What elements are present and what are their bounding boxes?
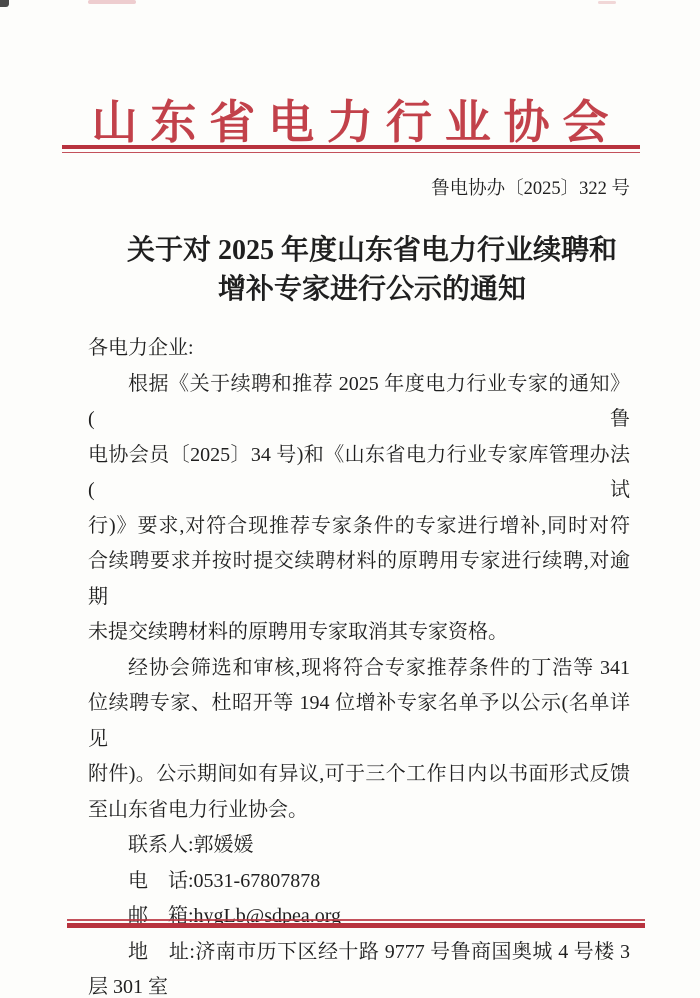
body-line: 合续聘要求并按时提交续聘材料的原聘用专家进行续聘,对逾期 — [88, 544, 630, 615]
letterhead-org-name: 山东省电力行业协会 — [0, 86, 700, 152]
footer-rule-thin — [67, 919, 645, 921]
body-line: 根据《关于续聘和推荐 2025 年度电力行业专家的通知》(鲁 — [88, 367, 630, 438]
document-number: 鲁电协办〔2025〕322 号 — [431, 174, 630, 200]
scan-artifact — [598, 1, 616, 4]
body-line: 附件)。公示期间如有异议,可于三个工作日内以书面形式反馈 — [88, 757, 630, 793]
body-line: 电协会员〔2025〕34 号)和《山东省电力行业专家库管理办法(试 — [88, 438, 630, 509]
body-line: 经协会筛选和审核,现将符合专家推荐条件的丁浩等 341 — [88, 651, 630, 687]
body-line-phone: 电 话:0531-67807878 — [88, 864, 630, 900]
body-line-address: 地 址:济南市历下区经十路 9777 号鲁商国奥城 4 号楼 3 — [88, 935, 630, 971]
scan-artifact — [88, 0, 136, 4]
document-body: 各电力企业: 根据《关于续聘和推荐 2025 年度电力行业专家的通知》(鲁 电协… — [88, 331, 630, 998]
body-line: 行)》要求,对符合现推荐专家条件的专家进行增补,同时对符 — [88, 509, 630, 545]
scanned-document-page: 山东省电力行业协会 鲁电协办〔2025〕322 号 关于对 2025 年度山东省… — [0, 0, 700, 998]
letterhead-rule-thin — [62, 152, 640, 154]
footer-rule-thick — [67, 923, 645, 928]
body-line: 位续聘专家、杜昭开等 194 位增补专家名单予以公示(名单详见 — [88, 686, 630, 757]
document-title-line-1: 关于对 2025 年度山东省电力行业续聘和 — [101, 231, 643, 270]
document-title: 关于对 2025 年度山东省电力行业续聘和 增补专家进行公示的通知 — [101, 231, 643, 309]
body-line: 未提交续聘材料的原聘用专家取消其专家资格。 — [88, 615, 630, 651]
letterhead-rule-thick — [62, 145, 640, 149]
document-title-line-2: 增补专家进行公示的通知 — [101, 270, 643, 309]
body-line: 至山东省电力行业协会。 — [88, 793, 630, 829]
body-line-contact-person: 联系人:郭媛媛 — [88, 828, 630, 864]
body-line-salutation: 各电力企业: — [88, 331, 630, 367]
scan-artifact — [0, 0, 9, 7]
body-line-address-2: 层 301 室 — [88, 970, 630, 998]
body-line-email: 邮 箱:hygLb@sdpea.org — [88, 899, 630, 935]
